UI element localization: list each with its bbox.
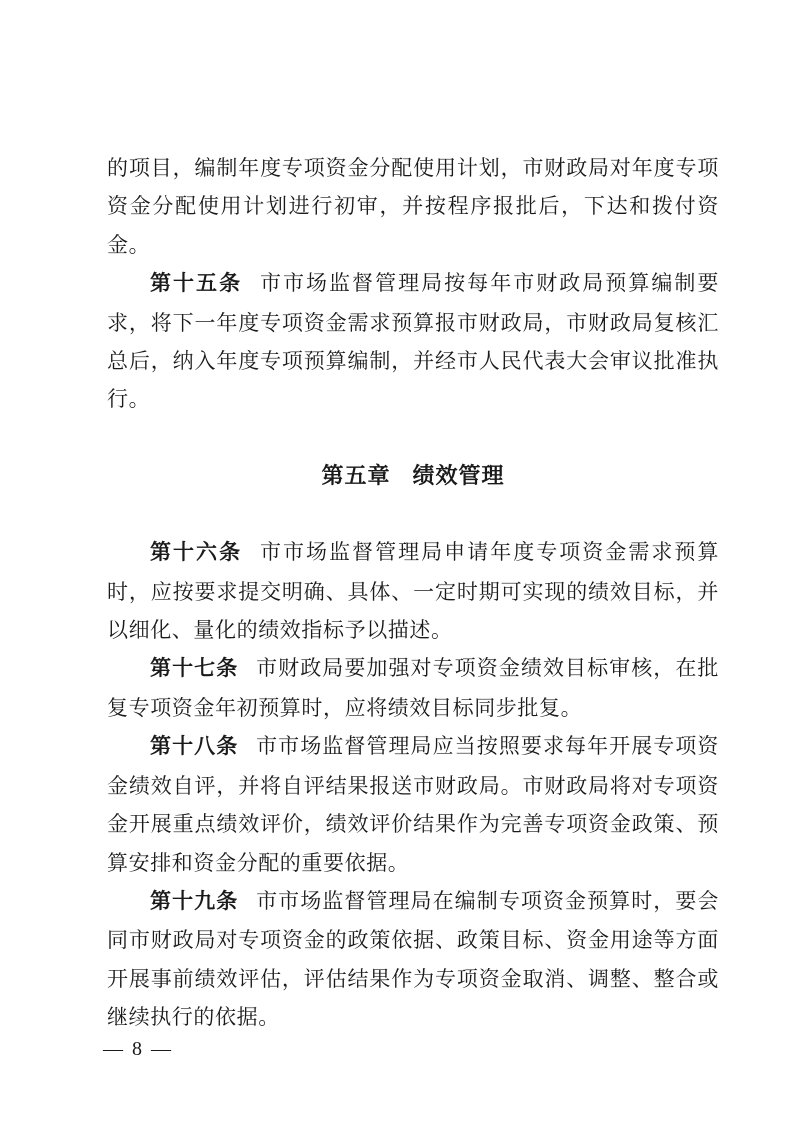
document-page: 的项目，编制年度专项资金分配使用计划，市财政局对年度专项资金分配使用计划进行初审… — [0, 0, 793, 1122]
article-17: 第十七条市财政局要加强对专项资金绩效目标审核，在批复专项资金年初预算时，应将绩效… — [107, 649, 719, 727]
article-19: 第十九条市市场监督管理局在编制专项资金预算时，要会同市财政局对专项资金的政策依据… — [107, 882, 719, 1037]
page-number: — 8 — — [103, 1038, 173, 1060]
chapter-title: 绩效管理 — [413, 463, 505, 488]
chapter-number: 第五章 — [321, 463, 390, 488]
paragraph-continuation: 的项目，编制年度专项资金分配使用计划，市财政局对年度专项资金分配使用计划进行初审… — [107, 149, 719, 264]
page-footer: — 8 — — [103, 1038, 173, 1061]
article-16-label: 第十六条 — [150, 541, 242, 564]
article-19-label: 第十九条 — [150, 890, 238, 913]
article-18: 第十八条市市场监督管理局应当按照要求每年开展专项资金绩效自评，并将自评结果报送市… — [107, 727, 719, 882]
article-15: 第十五条市市场监督管理局按每年市财政局预算编制要求，将下一年度专项资金需求预算报… — [107, 264, 719, 419]
paragraph-text: 的项目，编制年度专项资金分配使用计划，市财政局对年度专项资金分配使用计划进行初审… — [107, 156, 719, 257]
article-18-label: 第十八条 — [150, 735, 238, 758]
article-15-label: 第十五条 — [150, 272, 242, 295]
article-16: 第十六条市市场监督管理局申请年度专项资金需求预算时，应按要求提交明确、具体、一定… — [107, 533, 719, 649]
document-body: 的项目，编制年度专项资金分配使用计划，市财政局对年度专项资金分配使用计划进行初审… — [107, 149, 719, 1037]
chapter-heading: 第五章绩效管理 — [107, 457, 719, 495]
article-17-label: 第十七条 — [150, 657, 238, 680]
